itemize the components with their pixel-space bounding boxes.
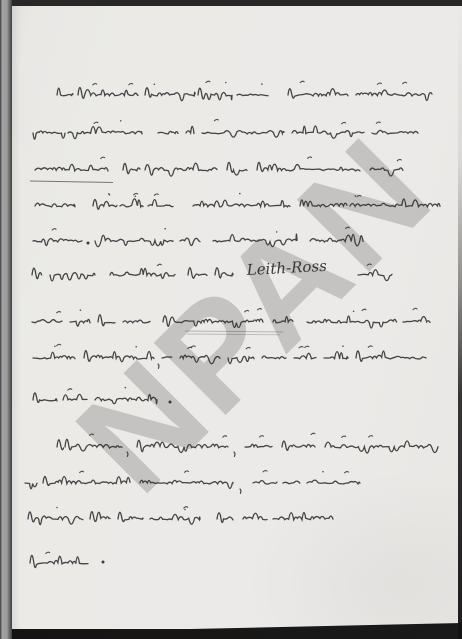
letter-paper: ΝΡΑΝ [11, 6, 462, 634]
scan-edge-right [458, 0, 462, 639]
scan-edge-left-strip [0, 0, 12, 639]
scan-edge-top [0, 0, 462, 6]
scan-edge-bottom [0, 629, 462, 639]
scanned-letter: ΝΡΑΝ Leith-Ross [0, 0, 462, 639]
